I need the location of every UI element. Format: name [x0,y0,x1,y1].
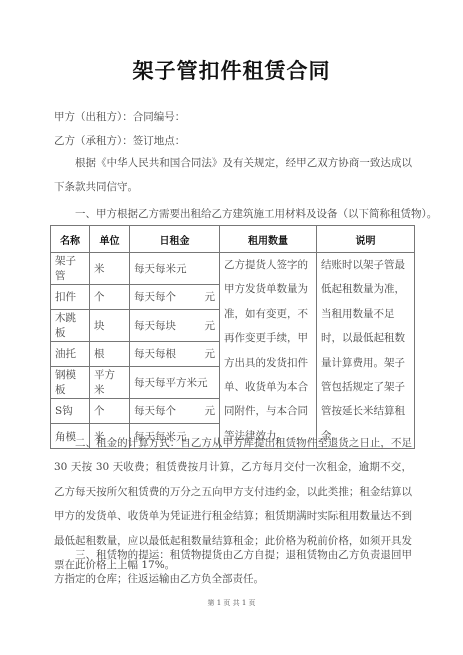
header-name: 名称 [51,226,90,253]
item-name: 木跳板 [51,310,90,342]
item-name: S钩 [51,398,90,423]
item-unit: 平方米 [90,367,130,399]
document-title: 架子管扣件租赁合同 [0,55,463,85]
intro-paragraph: 根据《中华人民共和国合同法》及有关规定，经甲乙双方协商一致达成以下条款共同信守。 [54,151,412,200]
remark-note: 结账时以架子管最低起租数量为准，当租用数量不足时，以最低起租数量计算费用。架子管… [317,253,415,449]
header-remark: 说明 [317,226,415,253]
clause-3: 三、租赁物的提运：租赁物提货由乙方自提；退租赁物由乙方负责退回甲方指定的仓库；往… [54,543,412,592]
table-header-row: 名称 单位 日租金 租用数量 说明 [51,226,415,253]
item-rent: 每天每个元 [130,398,220,423]
item-name: 油托 [51,341,90,366]
item-unit: 根 [90,341,130,366]
item-rent: 每天每米元 [130,253,220,285]
item-unit: 个 [90,284,130,309]
item-unit: 块 [90,310,130,342]
header-unit: 单位 [90,226,130,253]
party-b-line: 乙方（承租方）：签订地点： [54,133,185,148]
party-a-line: 甲方（出租方）：合同编号： [54,109,185,124]
item-unit: 米 [90,253,130,285]
page-footer: 第 1 页 共 1 页 [0,598,463,608]
item-name: 扣件 [51,284,90,309]
item-name: 钢模板 [51,367,90,399]
clause-1: 一、甲方根据乙方需要出租给乙方建筑施工用材料及设备（以下简称租赁物）。 [75,206,437,221]
item-unit: 个 [90,398,130,423]
item-rent: 每天每块元 [130,310,220,342]
item-rent: 每天每平方米元 [130,367,220,399]
item-name: 架子管 [51,253,90,285]
rental-items-table: 名称 单位 日租金 租用数量 说明 架子管 米 每天每米元 乙方提货人签字的甲方… [50,225,415,449]
item-rent: 每天每个元 [130,284,220,309]
item-rent: 每天每根元 [130,341,220,366]
header-daily-rent: 日租金 [130,226,220,253]
quantity-note: 乙方提货人签字的甲方发货单数量为准，如有变更，不再作变更手续，甲方出具的发货扣件… [220,253,317,449]
header-quantity: 租用数量 [220,226,317,253]
table-row: 架子管 米 每天每米元 乙方提货人签字的甲方发货单数量为准，如有变更，不再作变更… [51,253,415,285]
